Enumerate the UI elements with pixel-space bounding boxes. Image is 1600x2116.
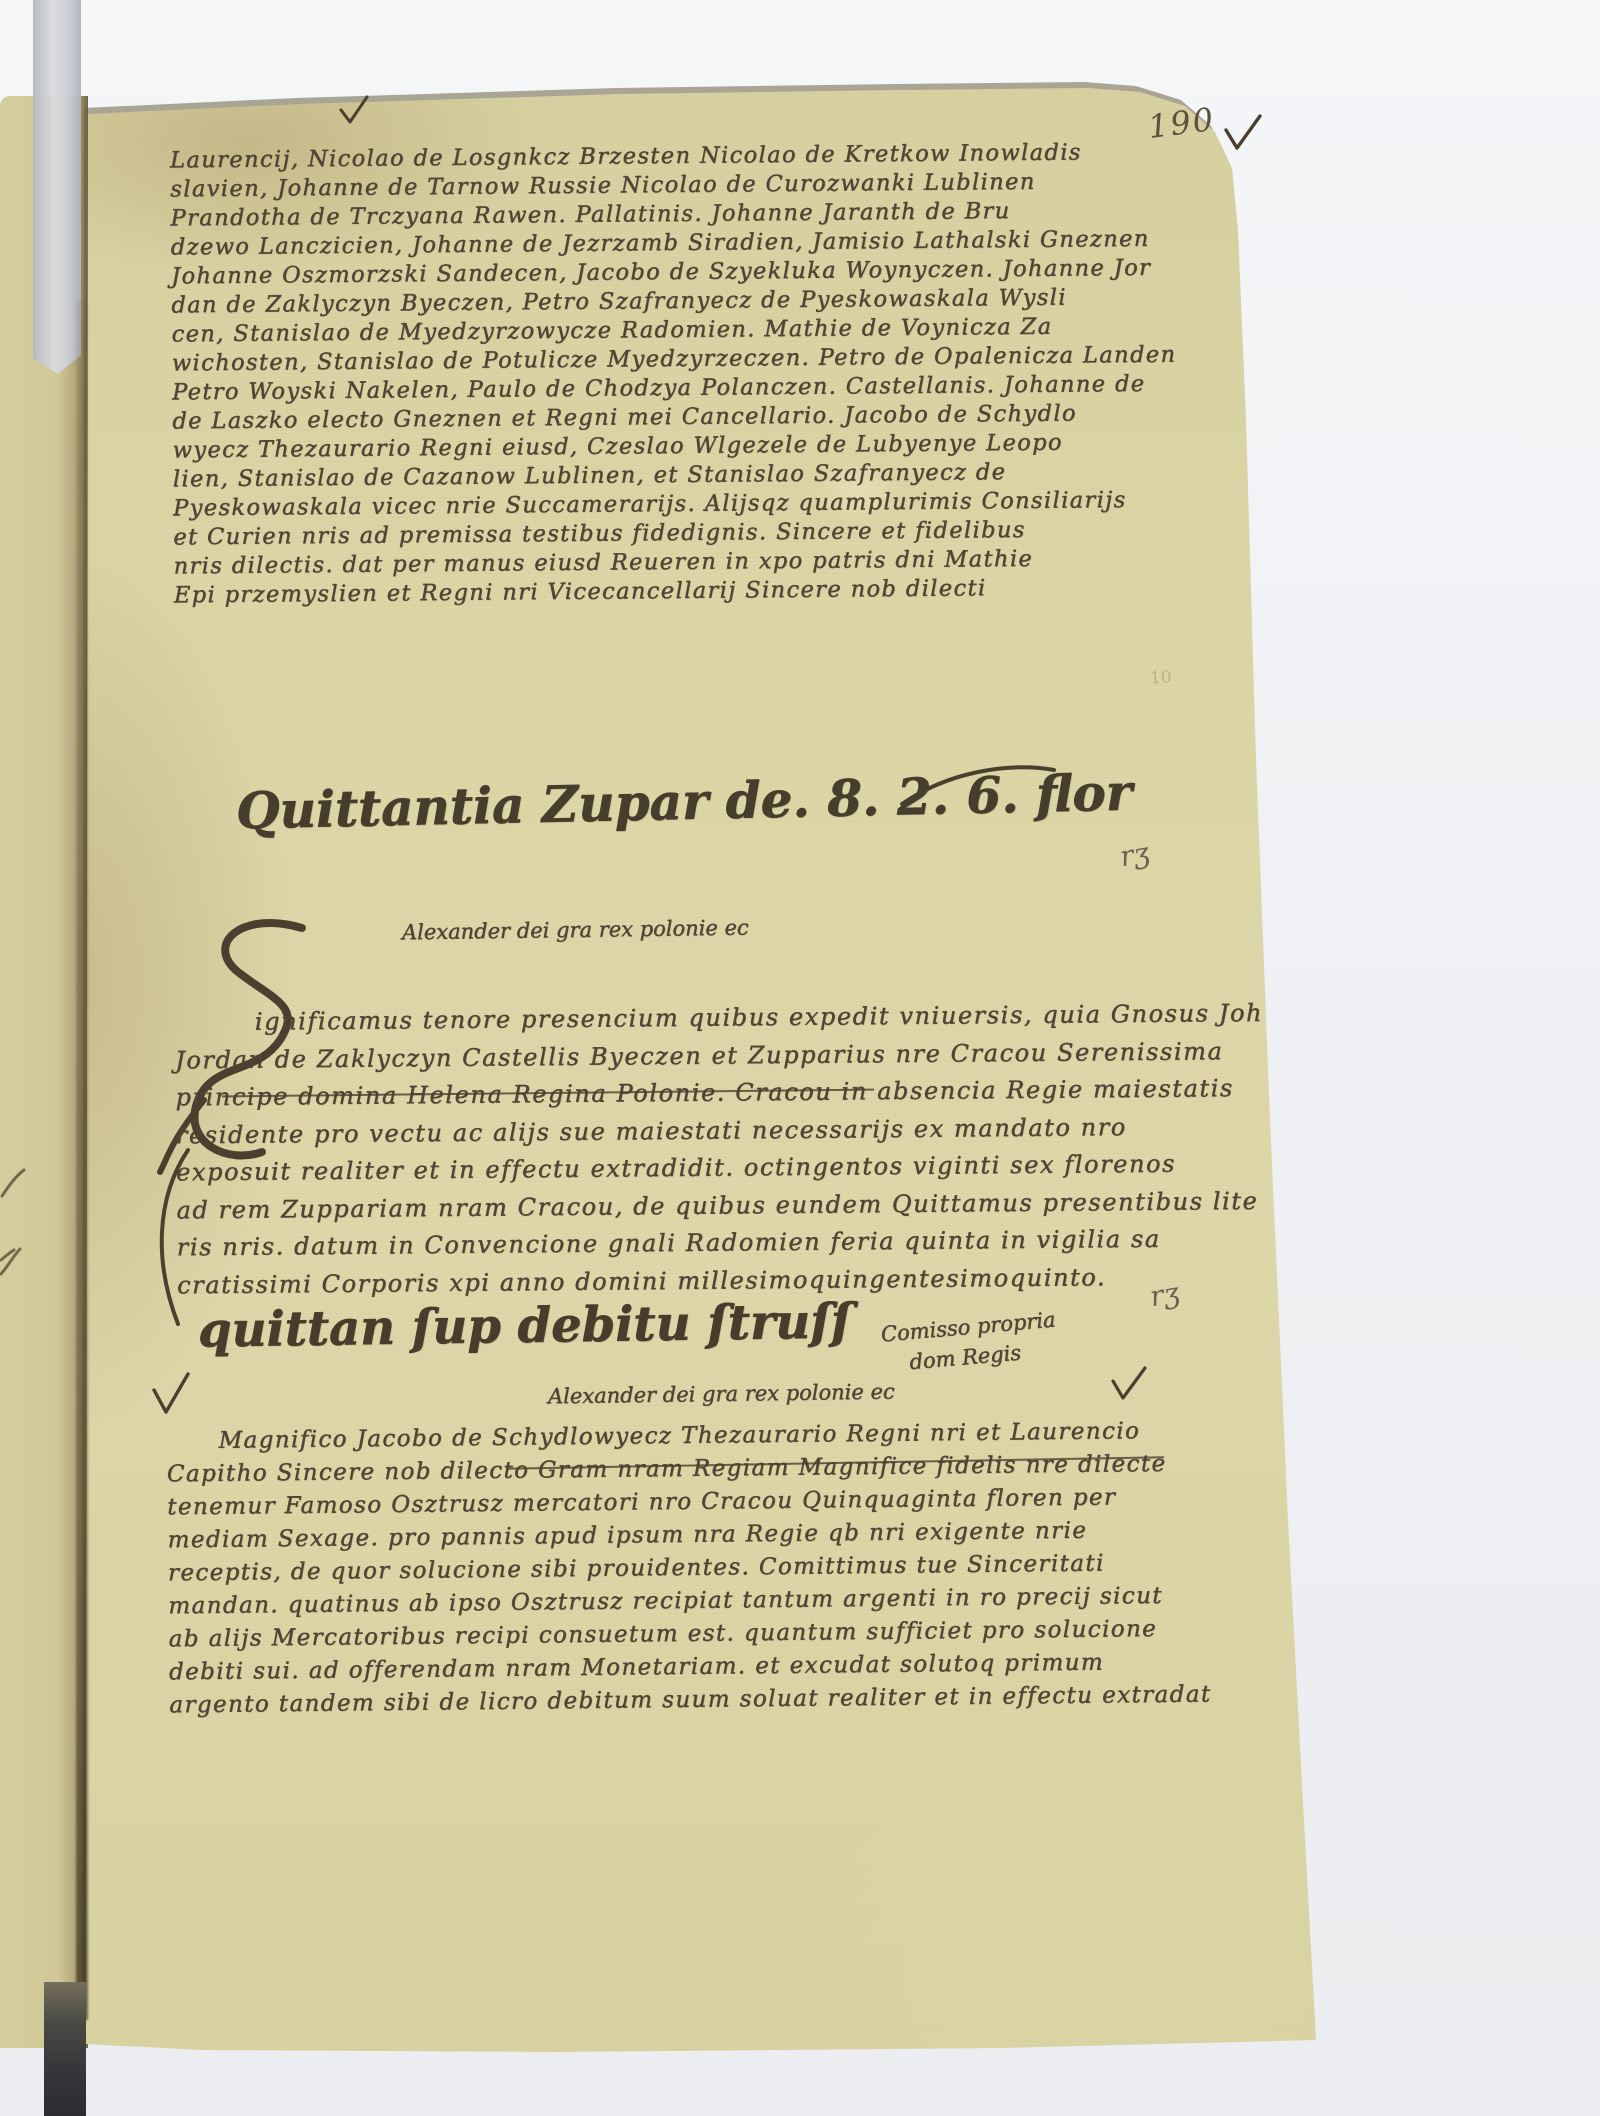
manuscript-scan: 190 Laurencij, Nicolao de Losgnkcz Brzes… <box>0 0 1600 2116</box>
under-leaf-edge <box>0 96 88 2048</box>
quittance-paragraph: ignificamus tenore presencium quibus exp… <box>175 996 1188 1305</box>
left-edge-ink-mark <box>0 1246 22 1280</box>
margin-mark: rʒ <box>1147 1276 1181 1314</box>
margin-mark: rʒ <box>1117 836 1151 874</box>
check-flourish-icon <box>1110 1364 1148 1402</box>
heading-swash <box>898 758 1058 808</box>
left-edge-ink-mark <box>0 1166 26 1206</box>
gutter-shadow <box>76 300 88 2020</box>
check-flourish-icon <box>150 1370 192 1416</box>
debt-paragraph: Magnifico Jacobo de Schydlowyecz Thezaur… <box>166 1415 1199 1723</box>
paragraph-royal-list: Laurencij, Nicolao de Losgnkcz Brzesten … <box>170 138 1194 611</box>
spine-strip <box>44 1982 86 2116</box>
check-flourish-icon <box>338 94 370 126</box>
royal-intitulatio-1: Alexander dei gra rex polonie ec <box>402 916 749 945</box>
heading-quittan-debitu: quittan ſup debitu ſtruſſ <box>198 1293 852 1358</box>
bookmark-ribbon <box>33 0 81 374</box>
faint-pencil-mark: 10 <box>1149 667 1172 688</box>
royal-intitulatio-2: Alexander dei gra rex polonie ec <box>548 1380 895 1409</box>
check-flourish-icon <box>1222 112 1264 152</box>
